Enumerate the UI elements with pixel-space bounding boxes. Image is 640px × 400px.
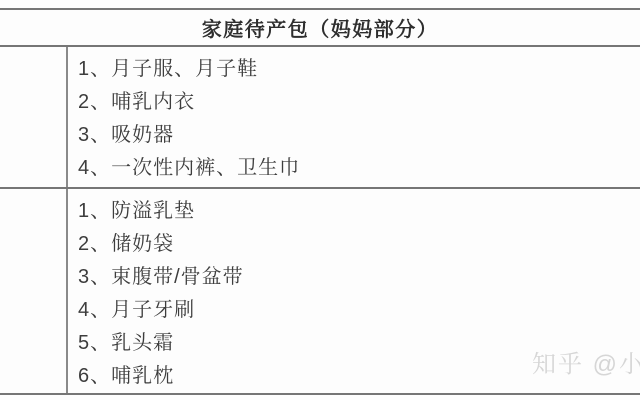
- zhihu-watermark: 知乎 @小: [532, 344, 640, 379]
- list-item: 4、月子牙刷: [78, 294, 640, 327]
- list-item: 3、束腹带/骨盆带: [78, 261, 640, 294]
- list-item: 3、吸奶器: [78, 119, 640, 152]
- list-item: 1、月子服、月子鞋: [78, 53, 640, 86]
- maternity-pack-table: 家庭待产包（妈妈部分） 1、月子服、月子鞋 2、哺乳内衣 3、吸奶器 4、一次性…: [0, 8, 640, 395]
- list-item: 2、哺乳内衣: [78, 86, 640, 119]
- table-header-row: 家庭待产包（妈妈部分）: [0, 10, 640, 47]
- list-item: 4、一次性内裤、卫生巾: [78, 152, 640, 185]
- table-row-section-1: 1、月子服、月子鞋 2、哺乳内衣 3、吸奶器 4、一次性内裤、卫生巾: [0, 47, 640, 189]
- row-label-cell-empty: [0, 189, 68, 393]
- row-label-cell-empty: [0, 47, 68, 187]
- list-item: 1、防溢乳垫: [78, 195, 640, 228]
- table-title: 家庭待产包（妈妈部分）: [202, 13, 439, 42]
- list-item: 2、储奶袋: [78, 228, 640, 261]
- row-content-cell: 1、月子服、月子鞋 2、哺乳内衣 3、吸奶器 4、一次性内裤、卫生巾: [68, 47, 640, 187]
- page: 家庭待产包（妈妈部分） 1、月子服、月子鞋 2、哺乳内衣 3、吸奶器 4、一次性…: [0, 0, 640, 400]
